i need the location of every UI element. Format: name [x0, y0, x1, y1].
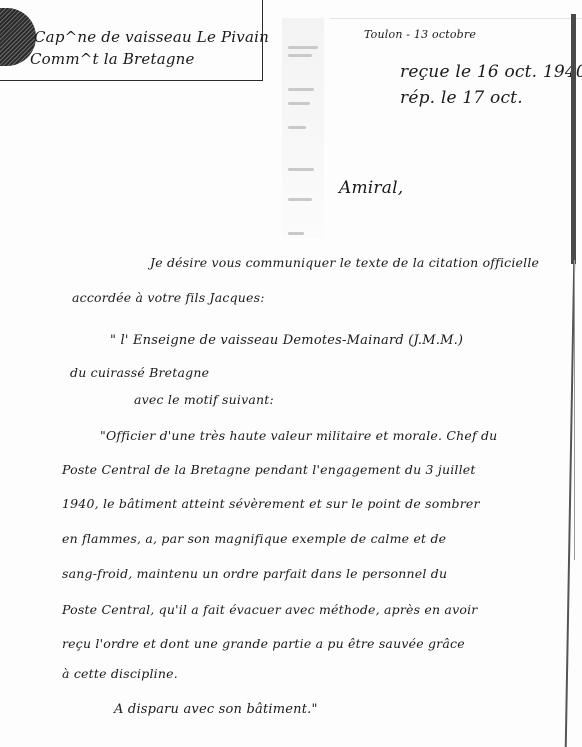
- sender-command: Comm^t la Bretagne: [30, 50, 195, 68]
- reply-note: rép. le 17 oct.: [400, 88, 523, 108]
- letter-page: Cap^ne de vaisseau Le Pivain Comm^t la B…: [0, 0, 582, 747]
- citation-line-1: "Officier d'une très haute valeur milita…: [100, 428, 497, 443]
- place-date: Toulon - 13 octobre: [364, 28, 476, 41]
- citation-header-line-3: avec le motif suivant:: [134, 392, 274, 407]
- page-edge-line-secondary: [574, 260, 575, 560]
- citation-line-6: Poste Central, qu'il a fait évacuer avec…: [62, 602, 477, 617]
- body-intro-line-2: accordée à votre fils Jacques:: [72, 290, 265, 305]
- sender-rank-name: Cap^ne de vaisseau Le Pivain: [34, 28, 269, 46]
- citation-line-5: sang-froid, maintenu un ordre parfait da…: [62, 566, 447, 581]
- citation-header-line-1: " l' Enseigne de vaisseau Demotes-Mainar…: [110, 333, 463, 348]
- citation-line-4: en flammes, a, par son magnifique exempl…: [62, 531, 446, 546]
- citation-line-3: 1940, le bâtiment atteint sévèrement et …: [62, 496, 480, 511]
- citation-line-8: à cette discipline.: [62, 666, 178, 681]
- top-edge-rule: [330, 18, 582, 19]
- citation-line-7: reçu l'ordre et dont une grande partie a…: [62, 636, 465, 651]
- closing-line: A disparu avec son bâtiment.": [114, 702, 318, 717]
- received-note: reçue le 16 oct. 1940: [400, 62, 582, 82]
- citation-header-line-2: du cuirassé Bretagne: [70, 365, 209, 380]
- bleed-through-marks: [282, 18, 324, 238]
- salutation: Amiral,: [339, 178, 403, 198]
- page-edge-shadow: [571, 14, 576, 264]
- body-intro-line-1: Je désire vous communiquer le texte de l…: [150, 255, 539, 270]
- citation-line-2: Poste Central de la Bretagne pendant l'e…: [62, 462, 476, 477]
- sender-header-box: Cap^ne de vaisseau Le Pivain Comm^t la B…: [0, 0, 263, 81]
